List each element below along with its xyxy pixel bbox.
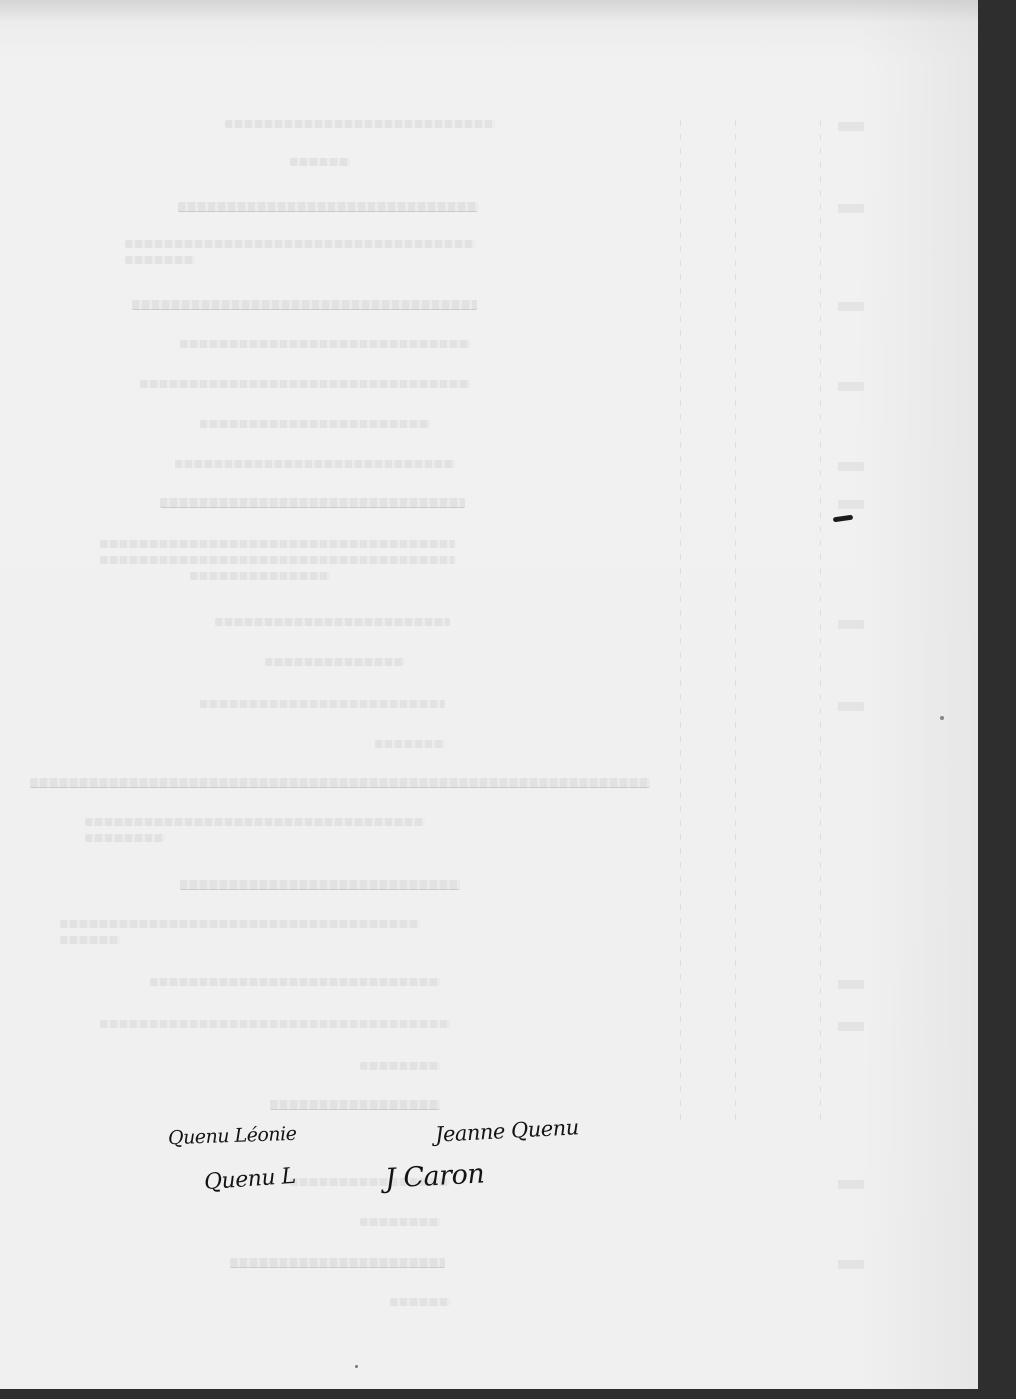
ink-speck [940,716,944,720]
signature: Quenu L [203,1164,296,1195]
signatures-block: Quenu Léonie Jeanne Quenu Quenu L J Caro… [160,1115,640,1215]
signature: Quenu Léonie [168,1123,297,1149]
signature: J Caron [384,1158,485,1194]
ink-speck [355,1365,358,1368]
signature: Jeanne Quenu [434,1115,579,1146]
ink-mark [833,515,854,523]
scanned-page: Quenu Léonie Jeanne Quenu Quenu L J Caro… [0,0,978,1389]
